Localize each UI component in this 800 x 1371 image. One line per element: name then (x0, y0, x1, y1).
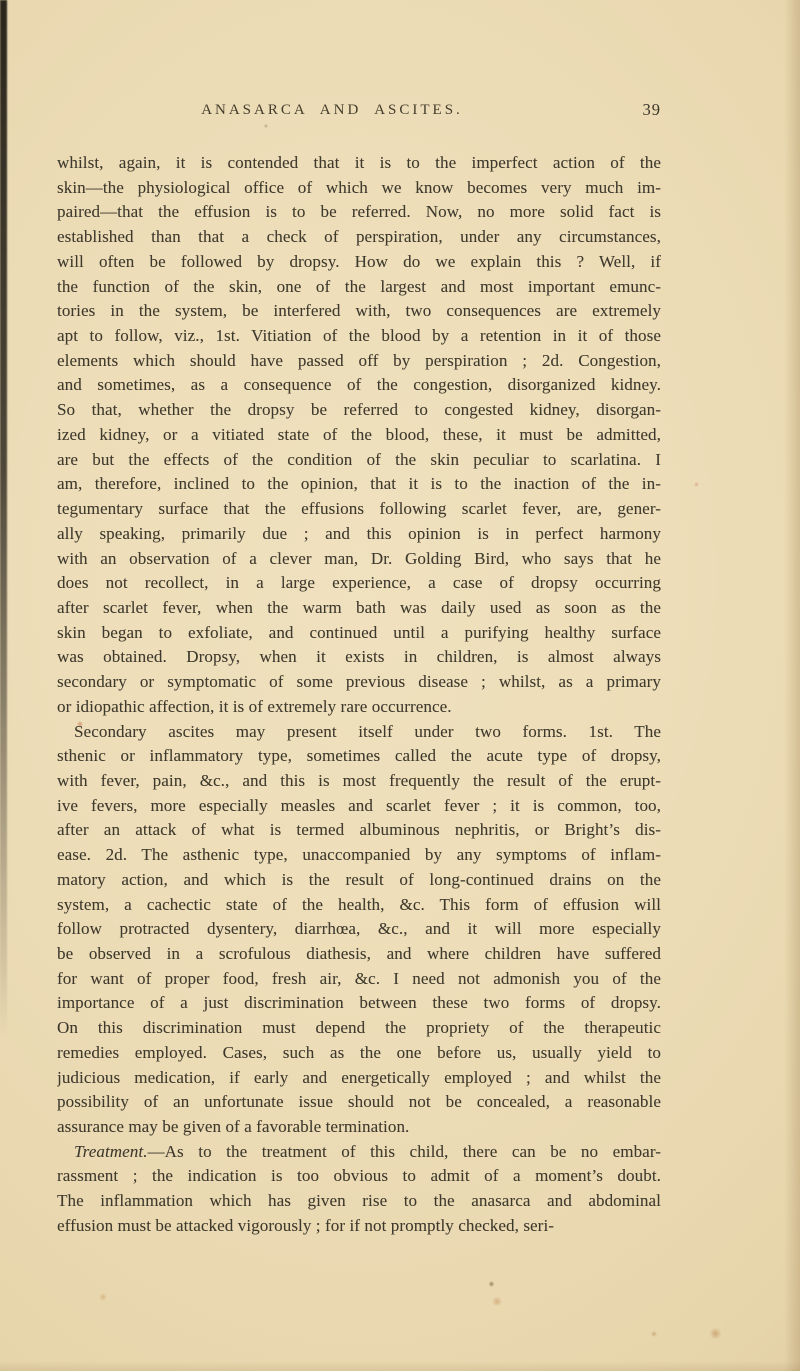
text-line: or idiopathic affection, it is of extrem… (57, 695, 661, 720)
text-line: matory action, and which is the result o… (57, 868, 661, 893)
text-line: tegumentary surface that the effusions f… (57, 497, 661, 522)
text-line: am, therefore, inclined to the opinion, … (57, 472, 661, 497)
text-line: after an attack of what is termed albumi… (57, 818, 661, 843)
paragraph: Treatment.—As to the treatment of this c… (57, 1140, 661, 1239)
text-line: established than that a check of perspir… (57, 225, 661, 250)
text-line: So that, whether the dropsy be referred … (57, 398, 661, 423)
text-line: The inflammation which has given rise to… (57, 1189, 661, 1214)
text-line: ally speaking, primarily due ; and this … (57, 522, 661, 547)
text-line: does not recollect, in a large experienc… (57, 571, 661, 596)
paper-edge-shade-bottom (0, 1361, 800, 1371)
paragraph: Secondary ascites may present itself und… (57, 720, 661, 1140)
text-line: after scarlet fever, when the warm bath … (57, 596, 661, 621)
text-line: with an observation of a clever man, Dr.… (57, 547, 661, 572)
text-line: importance of a just discrimination betw… (57, 991, 661, 1016)
text-line: be observed in a scrofulous diathesis, a… (57, 942, 661, 967)
text-line: follow protracted dysentery, diarrhœa, &… (57, 917, 661, 942)
text-line: elements which should have passed off by… (57, 349, 661, 374)
text-line: whilst, again, it is contended that it i… (57, 151, 661, 176)
text-line: rassment ; the indication is too obvious… (57, 1164, 661, 1189)
text-line: sthenic or inflammatory type, sometimes … (57, 744, 661, 769)
text-line: ive fevers, more especially measles and … (57, 794, 661, 819)
text-line: the function of the skin, one of the lar… (57, 275, 661, 300)
page-number: 39 (643, 100, 662, 120)
paragraph: whilst, again, it is contended that it i… (57, 151, 661, 720)
text-line: assurance may be given of a favorable te… (57, 1115, 661, 1140)
foxing-stain (264, 124, 268, 128)
text-line: with fever, pain, &c., and this is most … (57, 769, 661, 794)
book-page-scan: ANASARCA AND ASCITES. 39 whilst, again, … (0, 0, 800, 1371)
text-line: was obtained. Dropsy, when it exists in … (57, 645, 661, 670)
text-line: will often be followed by dropsy. How do… (57, 250, 661, 275)
text-line: On this discrimination must depend the p… (57, 1016, 661, 1041)
paper-edge-shade-right (784, 0, 800, 1371)
text-line: for want of proper food, fresh air, &c. … (57, 967, 661, 992)
foxing-stain (709, 1328, 722, 1339)
text-line: ized kidney, or a vitiated state of the … (57, 423, 661, 448)
text-line: Treatment.—As to the treatment of this c… (57, 1140, 661, 1165)
text-line: are but the effects of the condition of … (57, 448, 661, 473)
foxing-stain (492, 1297, 502, 1306)
text-line: system, a cachectic state of the health,… (57, 893, 661, 918)
text-line: Secondary ascites may present itself und… (57, 720, 661, 745)
scan-edge-shadow-left (0, 0, 7, 1040)
text-line: judicious medication, if early and energ… (57, 1066, 661, 1091)
text-line: skin began to exfoliate, and continued u… (57, 621, 661, 646)
text-line: secondary or symptomatic of some previou… (57, 670, 661, 695)
text-line: apt to follow, viz., 1st. Vitiation of t… (57, 324, 661, 349)
foxing-stain (694, 482, 699, 487)
treatment-heading: Treatment. (74, 1142, 148, 1161)
text-line: remedies employed. Cases, such as the on… (57, 1041, 661, 1066)
foxing-stain (99, 1293, 107, 1301)
foxing-stain (489, 1281, 494, 1287)
page-header: ANASARCA AND ASCITES. 39 (57, 100, 661, 124)
running-head-title: ANASARCA AND ASCITES. (201, 102, 463, 119)
text-line: skin—the physiological office of which w… (57, 176, 661, 201)
text-line: ease. 2d. The asthenic type, unaccompani… (57, 843, 661, 868)
text-line: and sometimes, as a consequence of the c… (57, 373, 661, 398)
text-line: effusion must be attacked vigorously ; f… (57, 1214, 661, 1239)
text-block: whilst, again, it is contended that it i… (57, 151, 661, 1239)
text-line: tories in the system, be interfered with… (57, 299, 661, 324)
text-line: paired—that the effusion is to be referr… (57, 200, 661, 225)
text-line: possibility of an unfortunate issue shou… (57, 1090, 661, 1115)
foxing-stain (651, 1331, 657, 1337)
